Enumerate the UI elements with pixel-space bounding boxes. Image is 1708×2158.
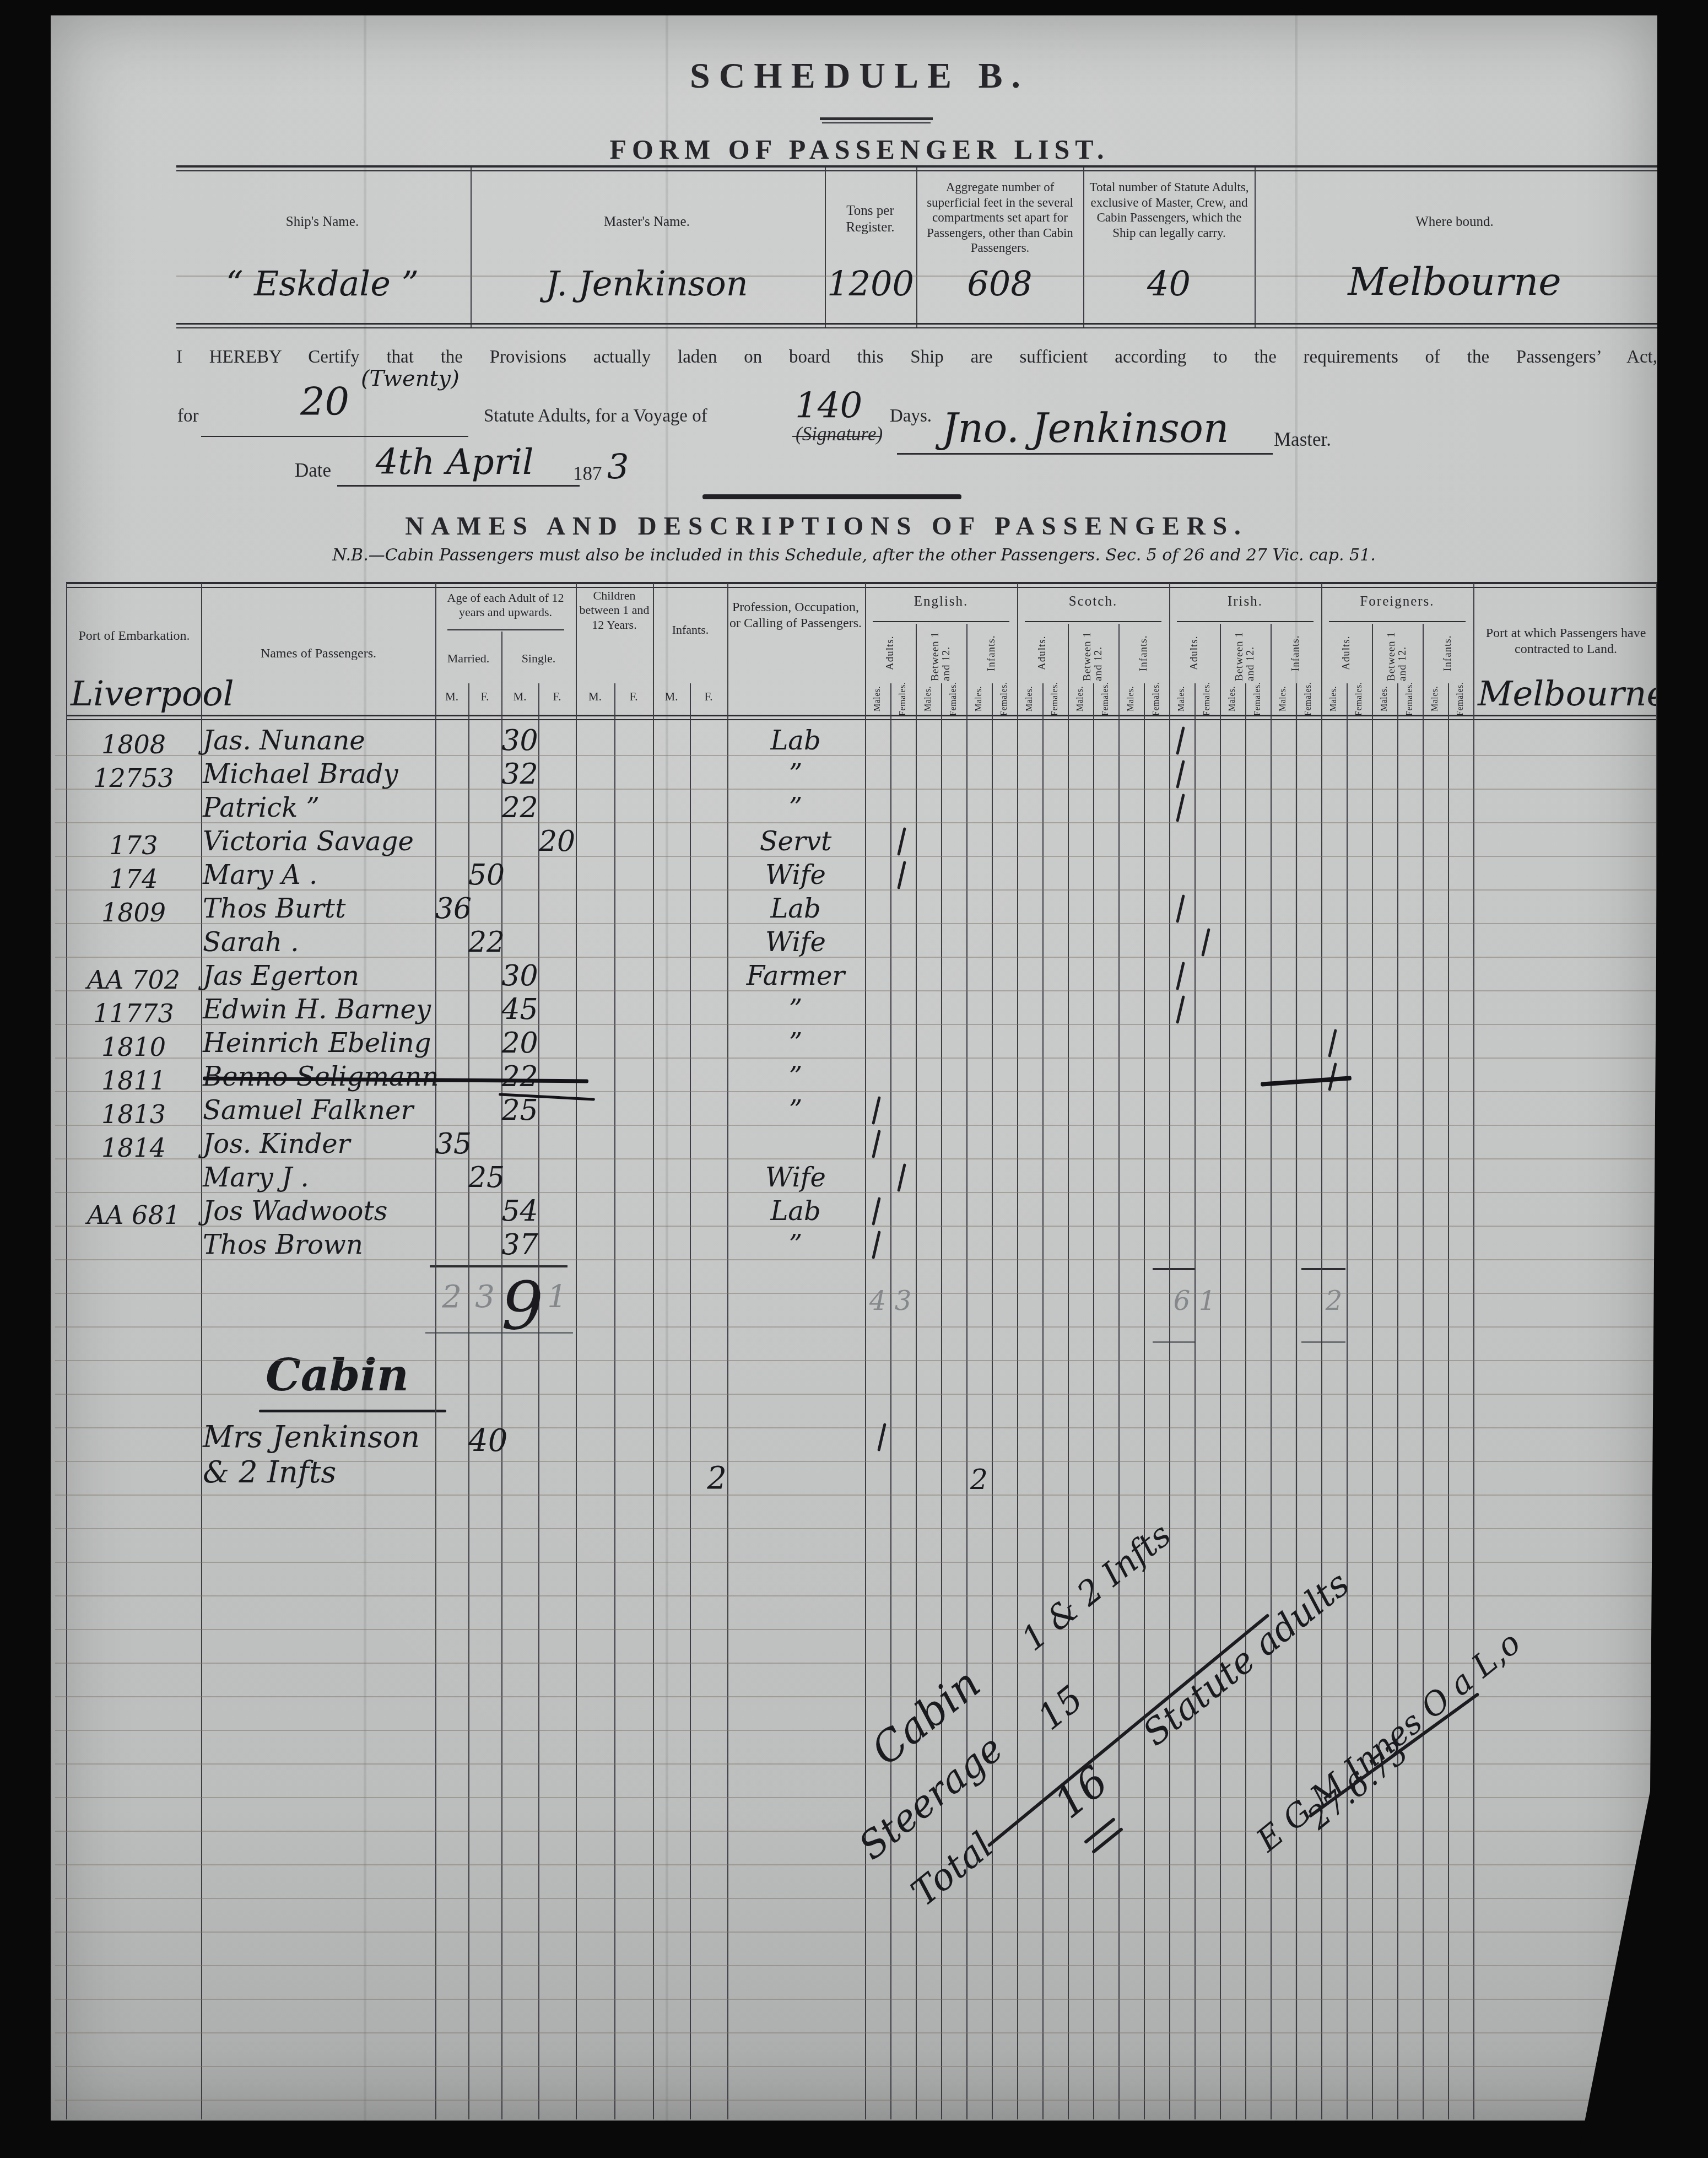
group-underline xyxy=(1177,621,1314,622)
passenger-name: Jos. Kinder xyxy=(203,1129,434,1159)
column-line xyxy=(966,624,967,2119)
tally-mark xyxy=(897,861,906,889)
column-total: 2 xyxy=(435,1279,468,1315)
passenger-profession: Servt xyxy=(727,826,864,857)
passenger-profession: Wife xyxy=(727,927,864,958)
age-band-header: Between 1 and 12. xyxy=(1068,625,1118,681)
column-line xyxy=(1423,624,1424,2119)
passenger-number: 12753 xyxy=(67,763,200,793)
female-abbr-label: F. xyxy=(614,690,653,704)
age-band-header: Between 1 and 12. xyxy=(916,625,966,681)
passenger-age: 50 xyxy=(468,859,501,892)
males-label: Males. xyxy=(1220,682,1245,715)
tally-mark xyxy=(872,1231,881,1259)
tally-mark xyxy=(1328,1029,1337,1058)
column-total: 3 xyxy=(468,1279,501,1315)
passenger-age: 30 xyxy=(501,959,538,992)
ruled-line xyxy=(55,2032,1656,2033)
males-label: Males. xyxy=(1423,682,1448,715)
column-line xyxy=(201,583,202,2119)
males-label: Males. xyxy=(966,682,992,715)
passenger-age: 20 xyxy=(501,1027,538,1060)
passenger-number: 1813 xyxy=(67,1099,200,1129)
ruled-line xyxy=(55,2100,1656,2101)
males-label: Males. xyxy=(1169,682,1194,715)
annotation-total_label: Total xyxy=(903,1824,1001,1914)
column-total: 9 xyxy=(501,1268,538,1345)
age-band-header: Infants. xyxy=(1423,625,1473,681)
tally-mark xyxy=(872,1096,881,1125)
cabin-passenger-name: & 2 Infts xyxy=(203,1455,434,1490)
age-band-header: Adults. xyxy=(865,625,916,681)
column-line xyxy=(1169,583,1170,2119)
male-abbr-label: M. xyxy=(501,690,538,704)
passenger-age: 20 xyxy=(538,825,576,858)
passenger-age: 30 xyxy=(501,724,538,757)
passenger-profession: ” xyxy=(727,1229,864,1260)
column-line xyxy=(690,683,691,2119)
strikethrough-line xyxy=(1261,1076,1352,1086)
passenger-age: 37 xyxy=(501,1228,538,1261)
female-abbr-label: F. xyxy=(690,690,727,704)
group-underline xyxy=(1329,621,1466,622)
age-band-header: Adults. xyxy=(1321,625,1372,681)
passenger-name: Jas. Nunane xyxy=(203,725,434,756)
passenger-number: 11773 xyxy=(67,999,200,1028)
age-band-header: Between 1 and 12. xyxy=(1372,625,1423,681)
females-label: Females. xyxy=(1448,682,1473,715)
column-line xyxy=(653,583,654,2119)
passenger-number: 173 xyxy=(67,830,200,860)
passenger-name: Sarah . xyxy=(203,927,434,958)
column-line xyxy=(865,583,866,2119)
column-line xyxy=(1372,624,1373,2119)
male-abbr-label: M. xyxy=(435,690,468,704)
females-label: Females. xyxy=(941,682,966,715)
females-label: Females. xyxy=(1042,682,1068,715)
passenger-profession: ” xyxy=(727,1095,864,1126)
column-line xyxy=(66,583,67,2119)
ruled-line xyxy=(55,1898,1656,1899)
passenger-profession: Wife xyxy=(727,860,864,891)
film-border-bottom xyxy=(0,2121,1708,2158)
male-abbr-label: M. xyxy=(576,690,614,704)
passenger-number: 1810 xyxy=(67,1032,200,1062)
passenger-profession: ” xyxy=(727,792,864,823)
table-body: English.Adults.Between 1 and 12.Infants.… xyxy=(0,0,1708,2158)
column-line xyxy=(614,683,615,2119)
tally-mark xyxy=(1176,726,1185,755)
column-line xyxy=(1144,683,1145,2119)
passenger-name: Samuel Falkner xyxy=(203,1095,434,1126)
tally-mark xyxy=(1176,995,1185,1024)
passenger-name: Mary A . xyxy=(203,860,434,891)
column-line xyxy=(1296,683,1297,2119)
ruled-line xyxy=(55,1763,1656,1765)
passenger-number: 174 xyxy=(67,864,200,894)
ruled-line xyxy=(55,1965,1656,1966)
nationality-group-header: Foreigners. xyxy=(1321,594,1473,609)
column-line xyxy=(1093,683,1094,2119)
column-line xyxy=(1347,683,1348,2119)
passenger-number: 1808 xyxy=(67,730,200,759)
males-label: Males. xyxy=(916,682,941,715)
nationality-total: 3 xyxy=(890,1286,916,1317)
nationality-total: 1 xyxy=(1194,1286,1220,1317)
passenger-name: Jas Egerton xyxy=(203,961,434,991)
passenger-age: 25 xyxy=(501,1094,538,1127)
female-abbr-label: F. xyxy=(538,690,576,704)
females-label: Females. xyxy=(1347,682,1372,715)
ruled-line xyxy=(55,1562,1656,1563)
females-label: Females. xyxy=(1296,682,1321,715)
passenger-name: Michael Brady xyxy=(203,759,434,790)
passenger-age: 25 xyxy=(468,1161,501,1194)
females-label: Females. xyxy=(992,682,1017,715)
ruled-line xyxy=(55,1495,1656,1496)
passenger-age: 22 xyxy=(501,791,538,824)
passenger-name: Jos Wadwoots xyxy=(203,1196,434,1227)
column-line xyxy=(435,583,436,2119)
passenger-name: Mary J . xyxy=(203,1162,434,1193)
nationality-total: 6 xyxy=(1169,1286,1194,1317)
males-label: Males. xyxy=(1321,682,1347,715)
tally-mark xyxy=(897,1163,906,1192)
ruled-line xyxy=(55,1293,1656,1294)
tally-mark xyxy=(1176,894,1185,923)
column-line xyxy=(1397,683,1398,2119)
ruled-line xyxy=(55,1797,1656,1798)
tally-mark xyxy=(1176,794,1185,822)
column-line xyxy=(992,683,993,2119)
nationality-group-header: Scotch. xyxy=(1017,594,1169,609)
nationality-group-header: Irish. xyxy=(1169,594,1321,609)
column-line xyxy=(1220,624,1221,2119)
passenger-profession: Lab xyxy=(727,893,864,924)
passenger-age: 35 xyxy=(435,1127,468,1161)
tally-mark xyxy=(897,827,906,856)
ruled-line xyxy=(55,1663,1656,1664)
tally-mark xyxy=(1176,962,1185,990)
males-label: Males. xyxy=(1271,682,1296,715)
ruled-line xyxy=(55,1394,1656,1395)
passenger-age: 32 xyxy=(501,758,538,791)
column-line xyxy=(1473,583,1474,2119)
passenger-profession: ” xyxy=(727,1028,864,1059)
passenger-profession: ” xyxy=(727,759,864,790)
column-line xyxy=(1245,683,1246,2119)
column-line xyxy=(1194,683,1196,2119)
column-line xyxy=(1271,624,1272,2119)
ruled-line xyxy=(55,2066,1656,2067)
cabin-passenger-name: Mrs Jenkinson xyxy=(203,1420,434,1454)
ruled-line xyxy=(55,1360,1656,1361)
column-line xyxy=(1448,683,1449,2119)
passenger-name: Thos Brown xyxy=(203,1229,434,1260)
ruled-line xyxy=(55,1932,1656,1933)
column-line xyxy=(1068,624,1069,2119)
annotation-cabin_value: 1 & 2 Infts xyxy=(1014,1515,1179,1659)
film-border-top xyxy=(0,0,1708,15)
column-line xyxy=(501,632,502,2119)
column-line xyxy=(576,583,577,2119)
male-abbr-label: M. xyxy=(653,690,690,704)
column-total: 1 xyxy=(538,1279,576,1315)
passenger-number: 1814 xyxy=(67,1133,200,1163)
tally-mark xyxy=(1201,928,1210,957)
scanned-passenger-list-page: SCHEDULE B. FORM OF PASSENGER LIST. Ship… xyxy=(0,0,1708,2158)
passenger-profession: Wife xyxy=(727,1162,864,1193)
group-underline xyxy=(1025,621,1161,622)
passenger-age: 54 xyxy=(501,1195,538,1228)
passenger-name: Edwin H. Barney xyxy=(203,994,434,1025)
age-band-header: Infants. xyxy=(966,625,1017,681)
age-band-header: Infants. xyxy=(1271,625,1321,681)
ruled-line xyxy=(55,1864,1656,1865)
cabin-age: 40 xyxy=(468,1423,501,1459)
ruled-line xyxy=(55,1999,1656,2000)
age-band-header: Adults. xyxy=(1017,625,1068,681)
column-line xyxy=(538,683,539,2119)
age-band-header: Infants. xyxy=(1118,625,1169,681)
females-label: Females. xyxy=(1144,682,1169,715)
tally-mark xyxy=(1176,760,1185,789)
passenger-number: 1811 xyxy=(67,1066,200,1096)
age-band-header: Between 1 and 12. xyxy=(1220,625,1271,681)
females-label: Females. xyxy=(1093,682,1118,715)
females-label: Females. xyxy=(1245,682,1271,715)
female-abbr-label: F. xyxy=(468,690,501,704)
males-label: Males. xyxy=(1017,682,1042,715)
column-line xyxy=(1042,683,1044,2119)
passenger-profession: Lab xyxy=(727,725,864,756)
passenger-number: 1809 xyxy=(67,898,200,927)
tally-mark xyxy=(872,1197,881,1226)
column-line xyxy=(890,683,891,2119)
tally-mark xyxy=(872,1130,881,1158)
film-border-left xyxy=(0,0,51,2158)
passenger-age: 45 xyxy=(501,993,538,1026)
column-line xyxy=(1017,583,1018,2119)
passenger-name: Heinrich Ebeling xyxy=(203,1028,434,1059)
males-label: Males. xyxy=(1068,682,1093,715)
females-label: Females. xyxy=(1397,682,1423,715)
column-line xyxy=(1321,583,1322,2119)
ruled-line xyxy=(55,1326,1656,1328)
passenger-age: 22 xyxy=(468,926,501,959)
females-label: Females. xyxy=(890,682,916,715)
males-label: Males. xyxy=(1372,682,1397,715)
group-underline xyxy=(873,621,1009,622)
ruled-line xyxy=(55,1595,1656,1596)
males-label: Males. xyxy=(1118,682,1144,715)
age-band-header: Adults. xyxy=(1169,625,1220,681)
passenger-number: AA 681 xyxy=(67,1200,200,1230)
passenger-number: AA 702 xyxy=(67,965,200,995)
passenger-age: 36 xyxy=(435,892,468,925)
passenger-profession: Lab xyxy=(727,1196,864,1227)
females-label: Females. xyxy=(1194,682,1220,715)
passenger-profession: Farmer xyxy=(727,961,864,991)
passenger-profession: ” xyxy=(727,994,864,1025)
cabin-infants-count: 2 xyxy=(695,1460,738,1496)
passenger-age: 22 xyxy=(501,1060,538,1093)
nationality-total: 2 xyxy=(1321,1286,1347,1317)
passenger-profession: ” xyxy=(727,1061,864,1092)
ruled-line xyxy=(55,1629,1656,1630)
passenger-name: Victoria Savage xyxy=(203,826,434,857)
ruled-line xyxy=(55,1528,1656,1529)
passenger-name: Patrick ” xyxy=(203,792,434,823)
nationality-group-header: English. xyxy=(865,594,1017,609)
column-line xyxy=(1118,624,1120,2119)
passenger-name: Thos Burtt xyxy=(203,893,434,924)
males-label: Males. xyxy=(865,682,890,715)
nationality-total: 4 xyxy=(865,1286,890,1317)
cabin-english-infants-count: 2 xyxy=(966,1464,992,1496)
